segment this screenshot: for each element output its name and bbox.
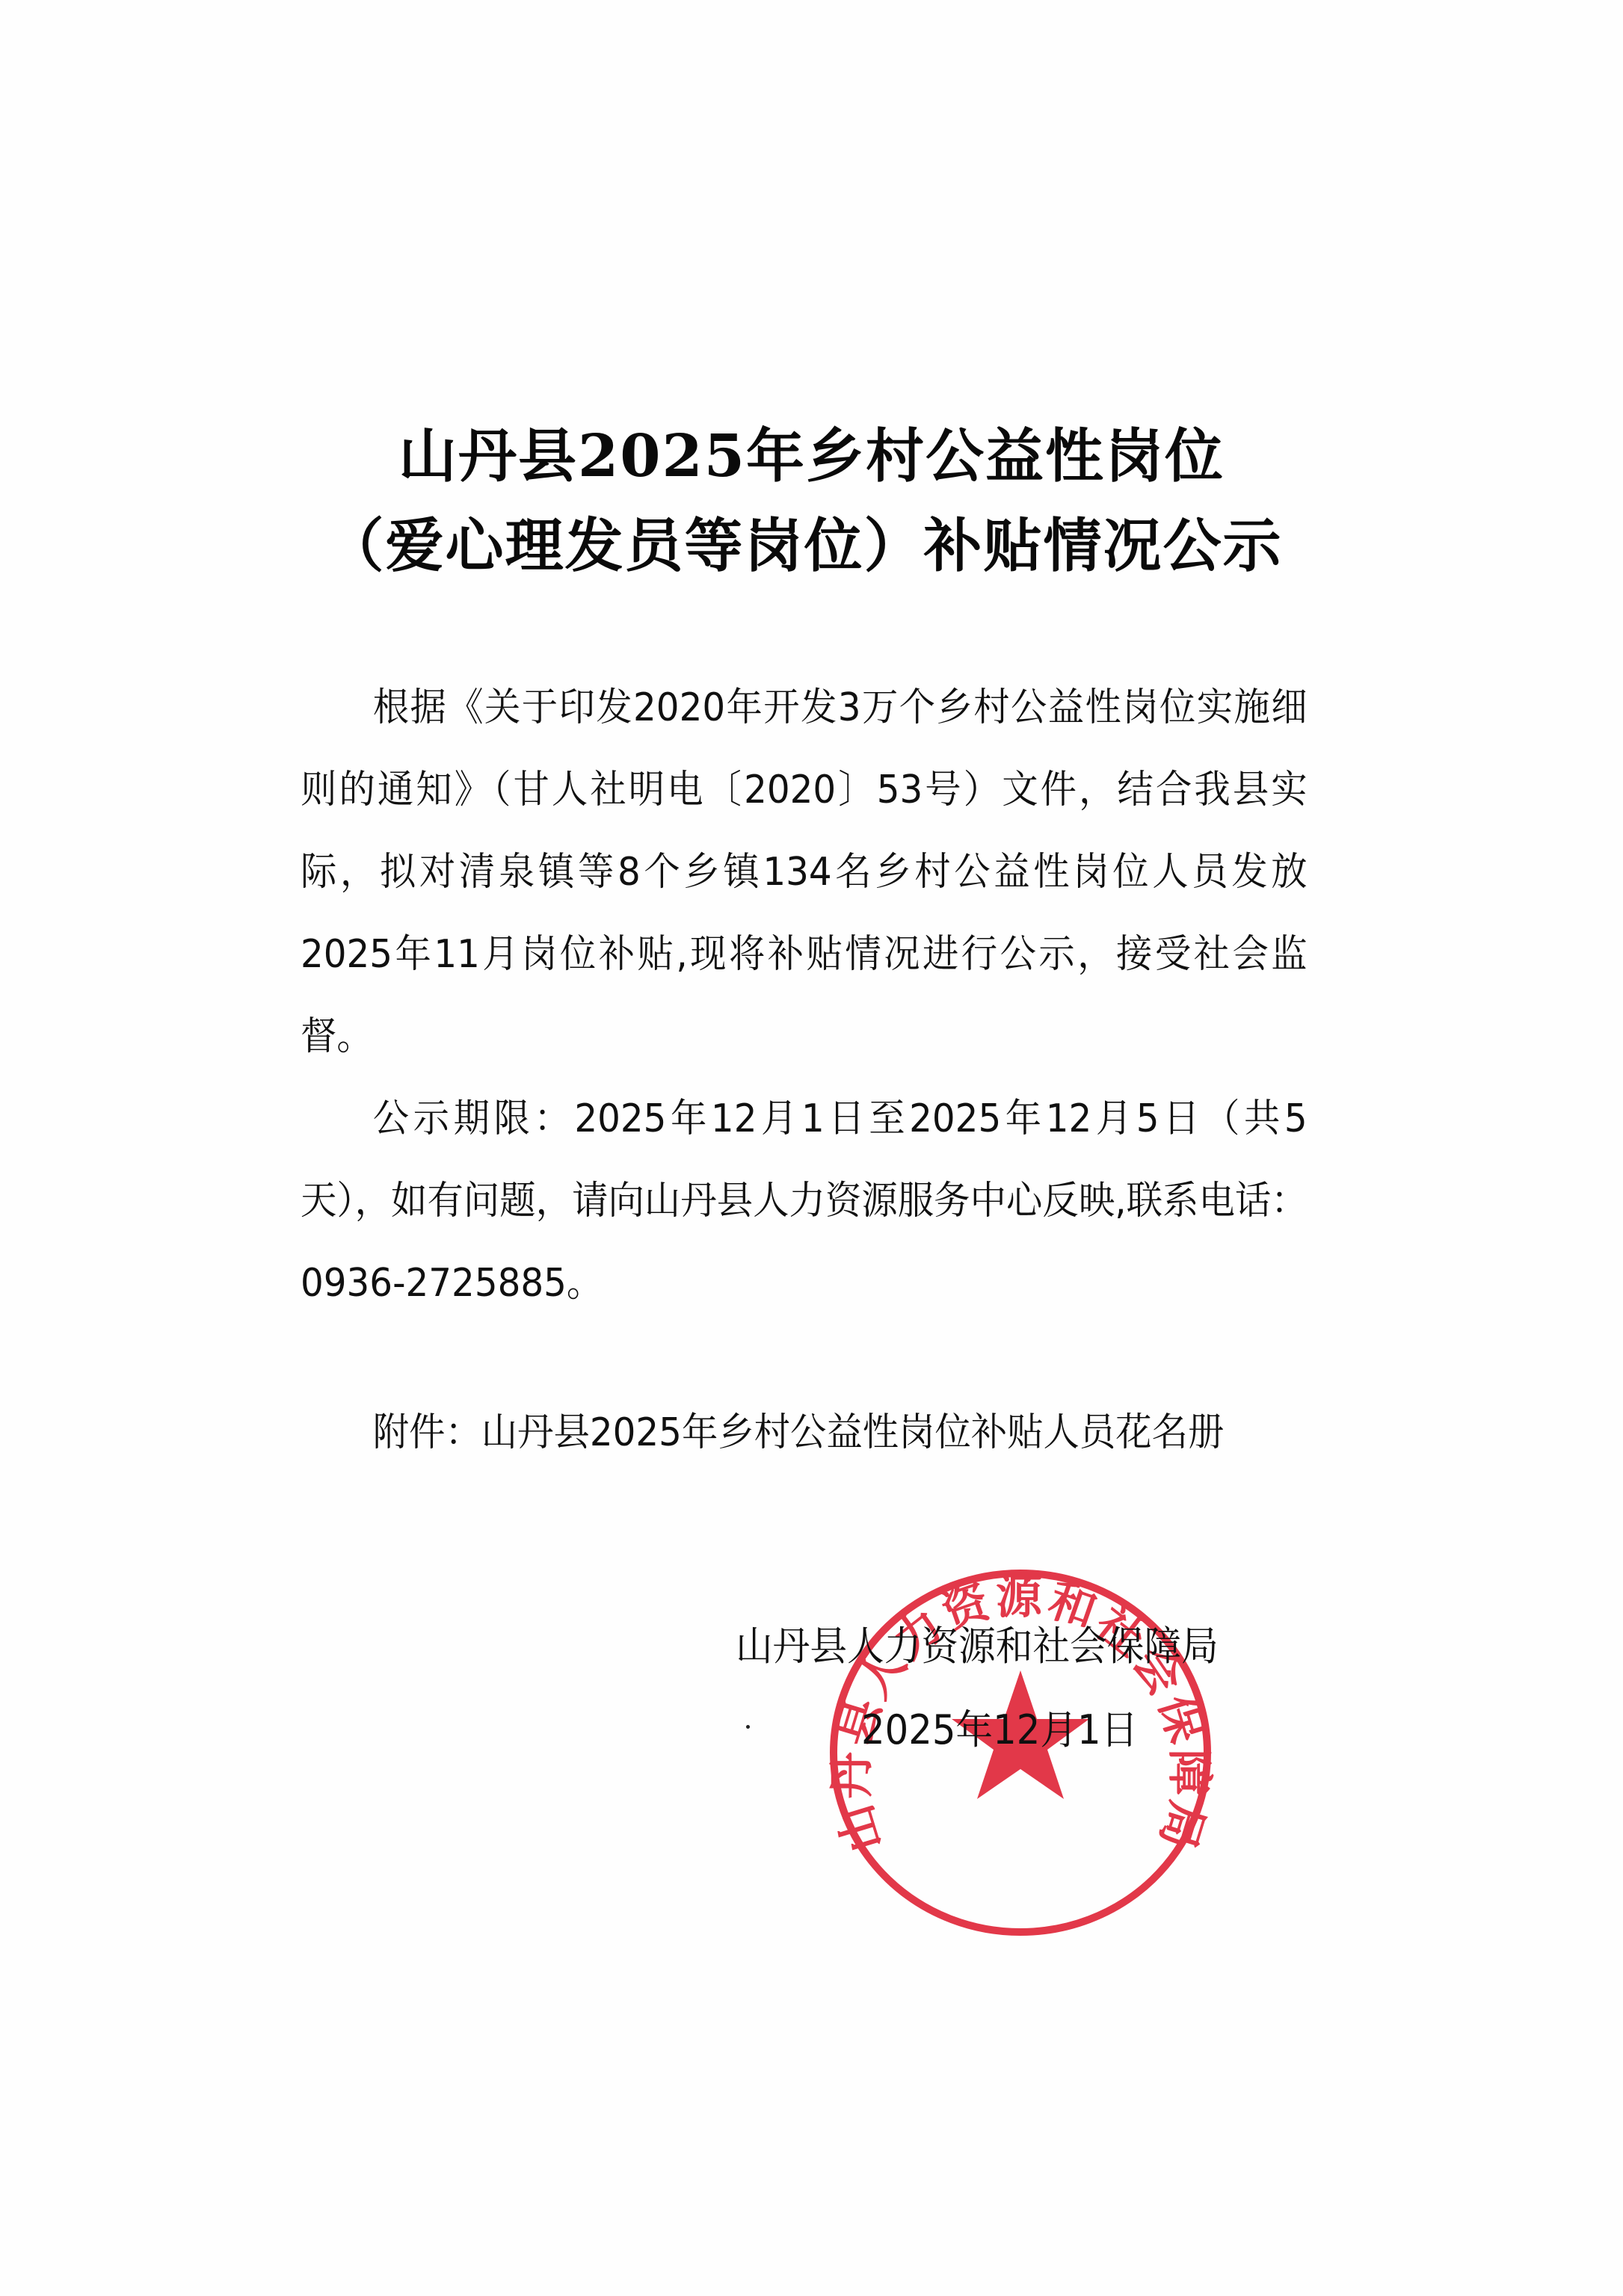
body-paragraph-1: 根据《关于印发2020年开发3万个乡村公益性岗位实施细则的通知》（甘人社明电〔2…: [301, 667, 1308, 1078]
attachment-text: 附件：山丹县2025年乡村公益性岗位补贴人员花名册: [301, 1392, 1308, 1474]
signature-date: 2025年12月1日: [861, 1698, 1138, 1756]
scan-speck: [746, 1725, 750, 1729]
paragraph-period-contact: 公示期限：2025年12月1日至2025年12月5日（共5天），如有问题，请向山…: [301, 1078, 1308, 1324]
attachment-note: 附件：山丹县2025年乡村公益性岗位补贴人员花名册: [301, 1392, 1308, 1474]
title-line-1: 山丹县2025年乡村公益性岗位: [0, 410, 1623, 493]
title-line-2: （爱心理发员等岗位）补贴情况公示: [0, 499, 1616, 583]
body-paragraph-2: 公示期限：2025年12月1日至2025年12月5日（共5天），如有问题，请向山…: [301, 1078, 1308, 1324]
paragraph-basis: 根据《关于印发2020年开发3万个乡村公益性岗位实施细则的通知》（甘人社明电〔2…: [301, 667, 1308, 1078]
document-page: 山丹县2025年乡村公益性岗位 （爱心理发员等岗位）补贴情况公示 根据《关于印发…: [0, 0, 1623, 2296]
signature-organization: 山丹县人力资源和社会保障局: [736, 1614, 1219, 1672]
